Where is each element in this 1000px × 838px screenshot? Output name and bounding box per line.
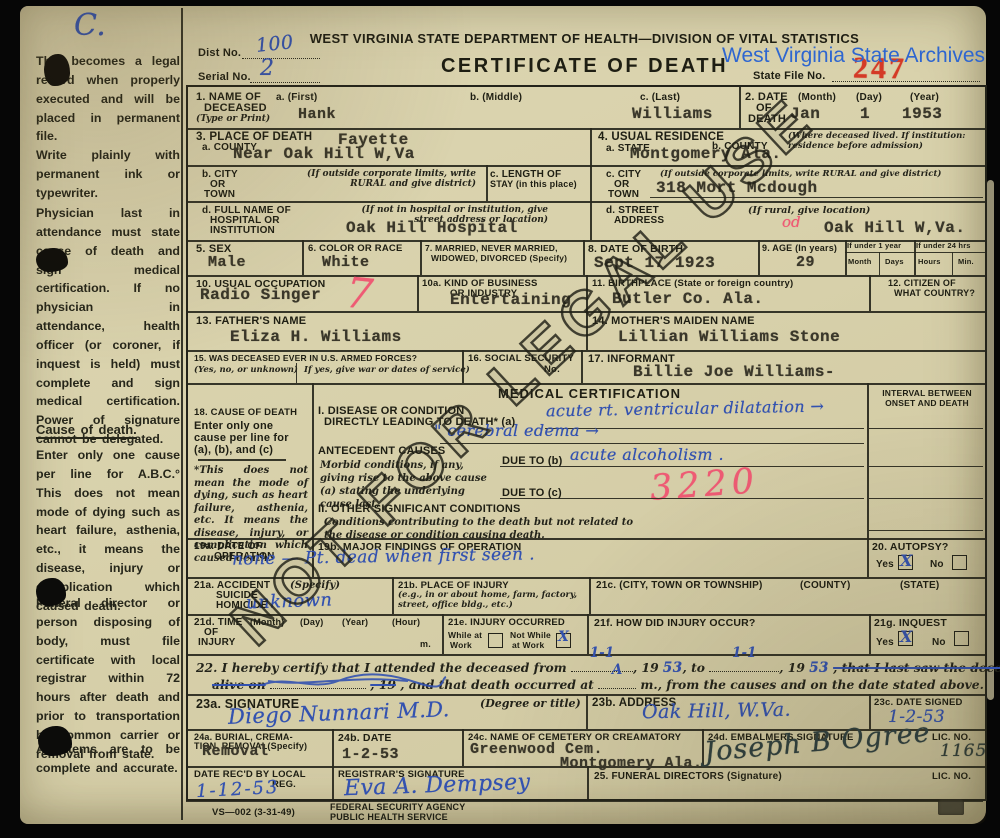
struck-phrase1: , that I last saw the deceased <box>833 660 1000 675</box>
form-number: VS—002 (3-31-49) <box>212 807 295 818</box>
father-label: 13. FATHER'S NAME <box>196 315 306 327</box>
injury-year-label: (Year) <box>342 617 368 627</box>
inquest-no-checkbox <box>954 631 969 646</box>
street-address-value: Oak Hill W,Va. <box>824 219 965 237</box>
margin-cause-heading: Cause of death. <box>36 422 137 439</box>
form-grid: 1. NAME OF DECEASED (Type or Print) a. (… <box>186 85 987 801</box>
last-name-label: c. (Last) <box>640 92 680 103</box>
funeral-director-label: 25. FUNERAL DIRECTORS (Signature) <box>594 771 782 782</box>
cause-note1: Enter only one cause per line for (a), (… <box>194 420 306 456</box>
code-stamp-3220: 3220 <box>649 461 761 509</box>
certify-seg4: , 19 <box>779 660 805 675</box>
while-at-label: While at <box>448 630 482 640</box>
death-hour-value: A <box>612 662 622 678</box>
injury-occurred-label: 21e. INJURY OCCURRED <box>448 617 565 628</box>
cause-of-death-label: 18. CAUSE OF DEATH <box>194 407 297 418</box>
father-value: Eliza H. Williams <box>230 328 402 346</box>
hours-label: Hours <box>918 257 941 266</box>
place-of-injury-hint: (e.g., in or about home, farm, factory, … <box>398 590 580 610</box>
field1-label2: DECEASED <box>204 102 267 114</box>
from-date-value: 1-1 <box>590 645 614 661</box>
work-label: Work <box>450 640 472 650</box>
how-injury-label: 21f. HOW DID INJURY OCCUR? <box>594 617 756 629</box>
autopsy-yes-label: Yes <box>876 559 894 570</box>
injury-city-label: 21c. (CITY, TOWN OR TOWNSHIP) <box>596 580 763 591</box>
not-while-at-work-mark: X <box>558 629 569 645</box>
embalmer-signature: Joseph B Ogree <box>703 717 932 768</box>
injury-m-label: m. <box>420 639 431 649</box>
citizen-label: 12. CITIZEN OF <box>888 278 956 288</box>
funeral-lic-label: LIC. NO. <box>932 771 971 782</box>
ink-blotch <box>36 578 66 606</box>
field1-hint: (Type or Print) <box>196 114 270 124</box>
ink-blotch <box>44 54 70 86</box>
age-value: 29 <box>796 254 815 271</box>
to-date-value: 1-1 <box>732 645 756 661</box>
hour-blank: A <box>598 677 636 689</box>
autopsy-no-label: No <box>930 559 944 570</box>
age-label: 9. AGE (In years) <box>762 243 837 253</box>
under24h-label: If under 24 hrs <box>916 241 971 250</box>
occupation-value: Radio Singer <box>200 286 321 304</box>
cause-a-value: acute rt. ventricular dilatation → <box>546 397 825 421</box>
interval-label2: ONSET AND DEATH <box>871 398 983 408</box>
inquest-no-label: No <box>932 637 946 648</box>
margin-note-physician: Physician last in attendance must state … <box>36 204 180 449</box>
physician-address: Oak Hill, W.Va. <box>642 699 791 724</box>
min-label: Min. <box>958 257 974 266</box>
cause-b-value: acute alcoholism . <box>570 445 724 464</box>
autopsy-no-checkbox <box>952 555 967 570</box>
ink-scribble <box>258 667 448 693</box>
margin-ink-mark: C. <box>74 8 106 43</box>
mother-value: Lillian Williams Stone <box>618 328 840 346</box>
injury-county-label: (COUNTY) <box>800 580 850 591</box>
cemetery-value2: Montgomery Ala. <box>560 755 703 772</box>
street-red-mark: od <box>782 213 801 231</box>
red-pencil-seven: 7 <box>344 268 376 320</box>
inquest-yes-mark: X <box>900 627 912 646</box>
marital-label: 7. MARRIED, NEVER MARRIED, <box>425 243 558 253</box>
fold-line <box>181 8 183 820</box>
printer-union-stamp <box>938 799 964 815</box>
field3d-label3: INSTITUTION <box>210 225 275 236</box>
adjacent-page-edge <box>987 180 994 700</box>
death-year-value: 1953 <box>902 105 942 123</box>
hospital-value: Oak Hill Hospital <box>346 219 518 237</box>
ink-blotch <box>38 726 72 756</box>
inquest-yes-label: Yes <box>876 637 894 648</box>
field4-label: 4. USUAL RESIDENCE <box>598 131 724 143</box>
from-date-blank: 1-1 <box>571 660 633 672</box>
burial-value: Removal <box>202 743 269 760</box>
not-while-label: Not While <box>510 630 551 640</box>
certify-seg2: , 19 <box>633 660 659 675</box>
sex-value: Male <box>208 254 246 271</box>
to-date-blank: 1-1 <box>709 660 779 672</box>
field3c-label2: STAY (in this place) <box>490 179 577 189</box>
date-recd-value: 1-12-53 <box>196 777 280 802</box>
field4d-hint: (If rural, give location) <box>748 205 870 216</box>
last-name-value: Williams <box>632 105 713 123</box>
burial-date-value: 1-2-53 <box>342 746 399 763</box>
agency-line1: FEDERAL SECURITY AGENCY <box>330 802 465 812</box>
registrar-signature: Eva A. Dempsey <box>344 770 531 801</box>
agency-line2: PUBLIC HEALTH SERVICE <box>330 812 448 822</box>
first-name-value: Hank <box>298 106 336 123</box>
injury-hour-label: (Hour) <box>392 617 420 627</box>
field3b-hint: (If outside corporate limits, write RURA… <box>276 169 476 189</box>
race-label: 6. COLOR OR RACE <box>308 243 403 254</box>
death-month-label: (Month) <box>798 92 836 103</box>
degree-hint: (Degree or title) <box>480 697 581 710</box>
serial-no-label: Serial No. <box>198 71 251 83</box>
state-file-label: State File No. <box>753 70 825 82</box>
scanned-death-certificate: C. This becomes a legal record when prop… <box>0 0 1000 838</box>
death-day-value: 1 <box>860 105 870 123</box>
ink-blotch <box>36 248 68 272</box>
while-at-work-checkbox <box>488 633 503 648</box>
armed-forces-sub2: If yes, give war or dates of service) <box>304 365 470 375</box>
first-name-label: a. (First) <box>276 92 317 103</box>
death-place-value: Near Oak Hill W,Va <box>233 145 415 163</box>
certify-seg6: m., from the causes and on the date stat… <box>640 677 983 692</box>
death-day-label: (Day) <box>856 92 882 103</box>
middle-name-label: b. (Middle) <box>470 92 522 103</box>
death-year-label: (Year) <box>910 92 939 103</box>
embalmer-lic-value: 1165 <box>940 741 987 761</box>
certify-seg3: , to <box>683 660 705 675</box>
burial-date-label: 24b. DATE <box>338 732 392 744</box>
armed-forces-label: 15. WAS DECEASED EVER IN U.S. ARMED FORC… <box>194 353 417 363</box>
margin-note-write-plainly: Write plainly with permanent ink or type… <box>36 146 180 203</box>
month-label: Month <box>848 257 872 266</box>
marital-label2: WIDOWED, DIVORCED (Specify) <box>431 253 567 263</box>
days-label: Days <box>885 257 904 266</box>
serial-no-value: 2 <box>260 56 274 81</box>
from-year-value: 53 <box>663 660 683 676</box>
archives-overlay-text: West Virginia State Archives <box>722 44 985 68</box>
citizen-label2: WHAT COUNTRY? <box>894 288 975 298</box>
under1yr-label: If under 1 year <box>847 241 901 250</box>
field3b-label3: TOWN <box>204 189 235 200</box>
to-year-value: 53 <box>809 660 829 676</box>
field4c-label3: TOWN <box>608 189 639 200</box>
at-work-label: at Work <box>512 640 544 650</box>
armed-forces-sub1: (Yes, no, or unknown) <box>194 365 298 375</box>
injury-state-label: (STATE) <box>900 580 939 591</box>
interval-label1: INTERVAL BETWEEN <box>871 388 983 398</box>
autopsy-yes-mark: X <box>900 551 912 570</box>
dist-no-label: Dist No. <box>198 47 241 59</box>
time-of-injury-label3: INJURY <box>198 637 236 648</box>
dist-no-value: 100 <box>255 31 295 57</box>
informant-value: Billie Joe Williams- <box>633 363 835 381</box>
